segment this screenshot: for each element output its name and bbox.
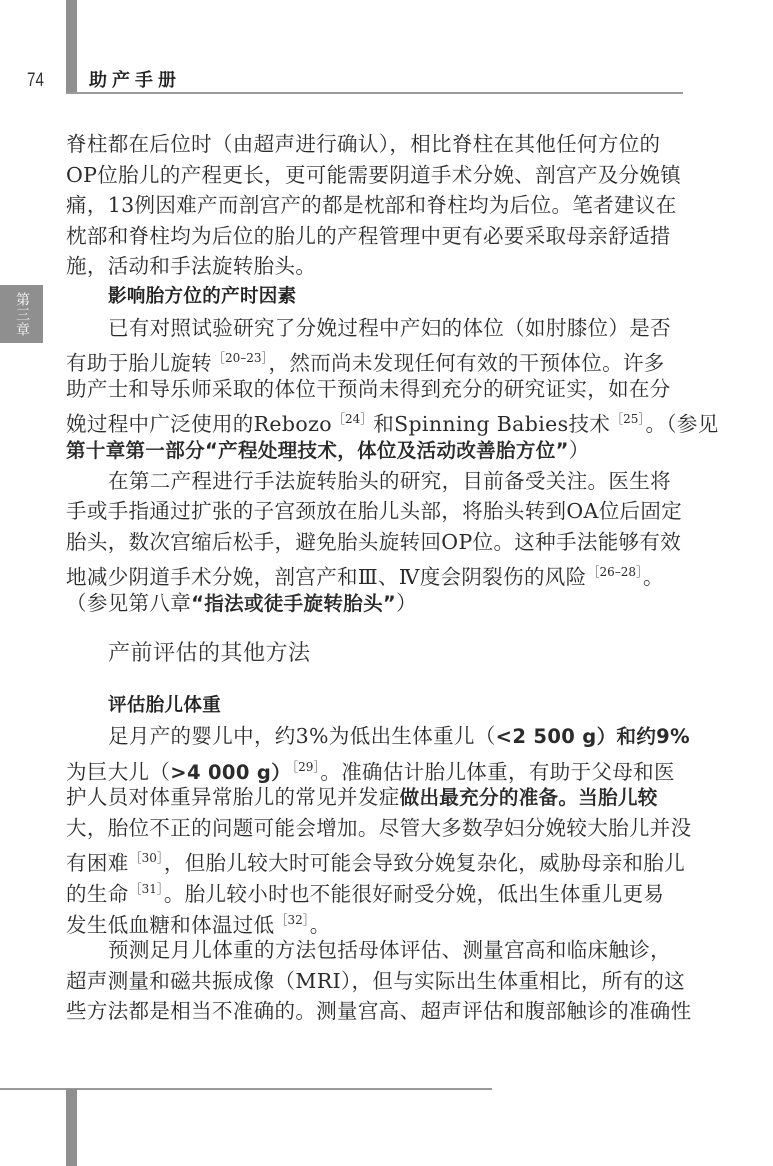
- text-line: 发生低血糖和体温过低［32］。: [66, 905, 686, 936]
- text-line: OP位胎儿的产程更长，更可能需要阴道手术分娩、剖宫产及分娩镇: [66, 160, 686, 191]
- paragraph-positions: 已有对照试验研究了分娩过程中产妇的体位（如肘膝位）是否 有助于胎儿旋转［20–2…: [66, 313, 686, 466]
- citation-ref: ［30］: [130, 851, 163, 865]
- text-line: 脊柱都在后位时（由超声进行确认），相比脊柱在其他任何方位的: [66, 129, 686, 160]
- citation-ref: ［32］: [276, 913, 309, 927]
- text-line: 助产士和导乐师采取的体位干预尚未得到充分的研究证实，如在分: [66, 374, 686, 405]
- text-run: 的生命: [66, 882, 129, 906]
- text-run: 护人员对体重异常胎儿的常见并发症: [66, 785, 400, 809]
- text-line: 第十章第一部分“产程处理技术，体位及活动改善胎方位”）: [66, 435, 686, 466]
- citation-ref: ［31］: [130, 882, 163, 896]
- text-line: 有困难［30］，但胎儿较大时可能会导致分娩复杂化，威胁母亲和胎儿: [66, 843, 686, 874]
- citation-ref: ［24］: [333, 412, 372, 426]
- spacer: [66, 677, 686, 691]
- subheading-fetal-weight: 评估胎儿体重: [66, 691, 686, 722]
- page-number: 74: [27, 70, 44, 92]
- header-rule: [66, 92, 683, 94]
- text-run: 和Spinning Babies技术: [373, 412, 610, 436]
- text-line: 超声测量和磁共振成像（MRI），但与实际出生体重相比，所有的这: [66, 966, 686, 997]
- page-body: 脊柱都在后位时（由超声进行确认），相比脊柱在其他任何方位的 OP位胎儿的产程更长…: [66, 129, 686, 1027]
- text-line: 地减少阴道手术分娩，剖宫产和Ⅲ、Ⅳ度会阴裂伤的风险［26–28］。: [66, 557, 686, 588]
- citation-ref: ［29］: [292, 760, 319, 774]
- text-line: 预测足月儿体重的方法包括母体评估、测量宫高和临床触诊，: [66, 935, 686, 966]
- header-accent-bar: [66, 0, 77, 93]
- text-line: 护人员对体重异常胎儿的常见并发症做出最充分的准备。当胎儿较: [66, 782, 686, 813]
- text-run: 。准确估计胎儿体重，有助于父母和医: [320, 760, 674, 784]
- paragraph-fetal-weight: 足月产的婴儿中，约3%为低出生体重儿（<2 500 g）和约9% 为巨大儿（>4…: [66, 721, 686, 935]
- text-run: ，然而尚未发现任何有效的干预体位。许多: [269, 351, 665, 375]
- text-run: 。（参见: [645, 412, 718, 436]
- paragraph-continuation: 脊柱都在后位时（由超声进行确认），相比脊柱在其他任何方位的 OP位胎儿的产程更长…: [66, 129, 686, 282]
- text-line: 施，活动和手法旋转胎头。: [66, 251, 686, 282]
- text-line: 足月产的婴儿中，约3%为低出生体重儿（<2 500 g）和约9%: [66, 721, 686, 752]
- text-line: 已有对照试验研究了分娩过程中产妇的体位（如肘膝位）是否: [66, 313, 686, 344]
- spacer: [66, 619, 686, 631]
- text-run: 娩过程中广泛使用的Rebozo: [66, 412, 332, 436]
- cross-reference-bold: “指法或徒手旋转胎头”: [191, 592, 396, 615]
- text-run: 。: [310, 913, 331, 937]
- text-run: ，但胎儿较大时可能会导致分娩复杂化，威胁母亲和胎儿: [164, 851, 685, 875]
- text-run: ）: [569, 438, 590, 462]
- text-run: 。: [643, 565, 664, 589]
- text-line: 在第二产程进行手法旋转胎头的研究，目前备受关注。医生将: [66, 466, 686, 497]
- citation-ref: ［26–28］: [588, 565, 643, 579]
- text-run: （参见第八章: [66, 591, 191, 615]
- text-run: ）: [396, 591, 417, 615]
- text-line: 大，胎位不正的问题可能会增加。尽管大多数孕妇分娩较大胎儿并没: [66, 813, 686, 844]
- cross-reference-bold: 第十章第一部分“产程处理技术，体位及活动改善胎方位”: [66, 439, 569, 462]
- citation-ref: ［25］: [611, 412, 644, 426]
- text-run: 有困难: [66, 851, 129, 875]
- text-run: 足月产的婴儿中，约3%为低出生体重儿（: [108, 724, 496, 748]
- text-run-bold: >4 000 g）: [170, 761, 291, 784]
- text-line: 有助于胎儿旋转［20–23］，然而尚未发现任何有效的干预体位。许多: [66, 343, 686, 374]
- text-line: 娩过程中广泛使用的Rebozo［24］和Spinning Babies技术［25…: [66, 404, 686, 435]
- chapter-tab: 第三章: [0, 285, 43, 343]
- subheading-intrapartum-factors: 影响胎方位的产时因素: [66, 282, 686, 313]
- text-line: 枕部和脊柱均为后位的胎儿的产程管理中更有必要采取母亲舒适措: [66, 221, 686, 252]
- citation-ref: ［20–23］: [213, 351, 268, 365]
- text-line: 胎头，数次宫缩后松手，避免胎头旋转回OP位。这种手法能够有效: [66, 527, 686, 558]
- paragraph-manual-rotation: 在第二产程进行手法旋转胎头的研究，目前备受关注。医生将 手或手指通过扩张的子宫颈…: [66, 466, 686, 619]
- text-run: 发生低血糖和体温过低: [66, 913, 275, 937]
- chapter-tab-label: 第三章: [14, 292, 29, 337]
- text-line: 痛，13例因难产而剖宫产的都是枕部和脊柱均为后位。笔者建议在: [66, 190, 686, 221]
- text-run: 地减少阴道手术分娩，剖宫产和Ⅲ、Ⅳ度会阴裂伤的风险: [66, 565, 587, 589]
- text-run: 。胎儿较小时也不能很好耐受分娩，低出生体重儿更易: [164, 882, 664, 906]
- text-run: 为巨大儿（: [66, 760, 170, 784]
- text-line: 的生命［31］。胎儿较小时也不能很好耐受分娩，低出生体重儿更易: [66, 874, 686, 905]
- text-run-bold: <2 500 g）和约9%: [496, 725, 690, 748]
- running-title: 助产手册: [89, 66, 181, 92]
- text-line: 手或手指通过扩张的子宫颈放在胎儿头部，将胎头转到OA位后固定: [66, 496, 686, 527]
- text-line: 些方法都是相当不准确的。测量宫高、超声评估和腹部触诊的准确性: [66, 996, 686, 1027]
- text-line: 为巨大儿（>4 000 g）［29］。准确估计胎儿体重，有助于父母和医: [66, 752, 686, 783]
- text-run-bold: 做出最充分的准备。当胎儿较: [400, 786, 658, 809]
- text-run: 有助于胎儿旋转: [66, 351, 212, 375]
- paragraph-prediction-methods: 预测足月儿体重的方法包括母体评估、测量宫高和临床触诊， 超声测量和磁共振成像（M…: [66, 935, 686, 1027]
- footer-accent-bar: [66, 1089, 77, 1166]
- section-heading: 产前评估的其他方法: [66, 631, 686, 677]
- text-line: （参见第八章“指法或徒手旋转胎头”）: [66, 588, 686, 619]
